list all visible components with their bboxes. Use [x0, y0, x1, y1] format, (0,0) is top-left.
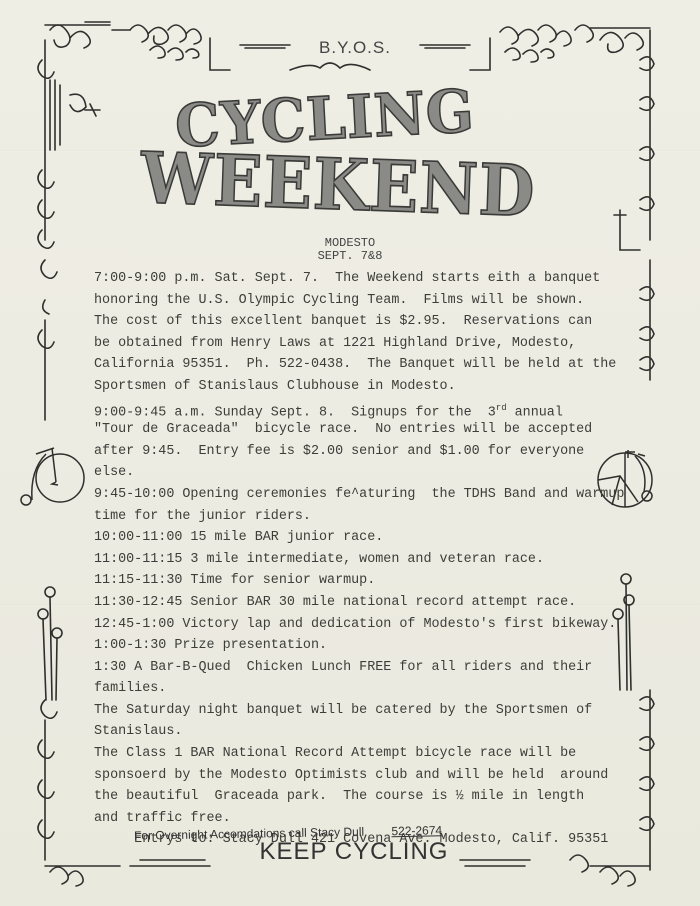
schedule-line: else.	[94, 462, 594, 484]
schedule-line: The cost of this excellent banquet is $2…	[94, 311, 594, 333]
schedule-line: the beautiful Graceada park. The course …	[94, 786, 594, 808]
location: MODESTO	[290, 236, 410, 250]
schedule-line: time for the junior riders.	[94, 506, 594, 528]
lollipop-flourish-right-icon	[613, 574, 634, 690]
keep-cycling-slogan: KEEP CYCLING	[224, 838, 484, 866]
title-weekend: Weekend	[137, 137, 540, 233]
schedule-line: The Saturday night banquet will be cater…	[94, 700, 594, 722]
org-heading: B.Y.O.S.	[305, 38, 405, 58]
schedule-line: be obtained from Henry Laws at 1221 High…	[94, 333, 594, 355]
overnight-note-phone: 522-2674	[391, 823, 442, 838]
schedule-line: 7:00-9:00 p.m. Sat. Sept. 7. The Weekend…	[94, 268, 594, 290]
schedule-line: 10:00-11:00 15 mile BAR junior race.	[94, 527, 594, 549]
schedule-line: 12:45-1:00 Victory lap and dedication of…	[94, 614, 594, 636]
event-dates: SEPT. 7&8	[290, 249, 410, 263]
schedule-line: honoring the U.S. Olympic Cycling Team. …	[94, 290, 594, 312]
schedule-line: 11:30-12:45 Senior BAR 30 mile national …	[94, 592, 594, 614]
lollipop-flourish-left-icon	[38, 587, 62, 700]
schedule-line: 1:30 A Bar-B-Qued Chicken Lunch FREE for…	[94, 657, 594, 679]
schedule-line: The Class 1 BAR National Record Attempt …	[94, 743, 594, 765]
schedule-line: sponsoerd by the Modesto Optimists club …	[94, 765, 594, 787]
penny-farthing-bicycle-left-icon	[20, 440, 100, 520]
schedule-line: families.	[94, 678, 594, 700]
schedule-line: after 9:45. Entry fee is $2.00 senior an…	[94, 441, 594, 463]
schedule-line: 1:00-1:30 Prize presentation.	[94, 635, 594, 657]
schedule-line: Stanislaus.	[94, 721, 594, 743]
schedule-line: "Tour de Graceada" bicycle race. No entr…	[94, 419, 594, 441]
penny-farthing-bicycle-right-icon	[590, 440, 680, 520]
schedule-line: 11:00-11:15 3 mile intermediate, women a…	[94, 549, 594, 571]
schedule-line: 9:45-10:00 Opening ceremonies fe^aturing…	[94, 484, 594, 506]
schedule-line: Sportsmen of Stanislaus Clubhouse in Mod…	[94, 376, 594, 398]
event-schedule: 7:00-9:00 p.m. Sat. Sept. 7. The Weekend…	[94, 268, 594, 851]
schedule-line: 9:00-9:45 a.m. Sunday Sept. 8. Signups f…	[94, 398, 594, 420]
schedule-line: California 95351. Ph. 522-0438. The Banq…	[94, 354, 594, 376]
schedule-line: 11:15-11:30 Time for senior warmup.	[94, 570, 594, 592]
